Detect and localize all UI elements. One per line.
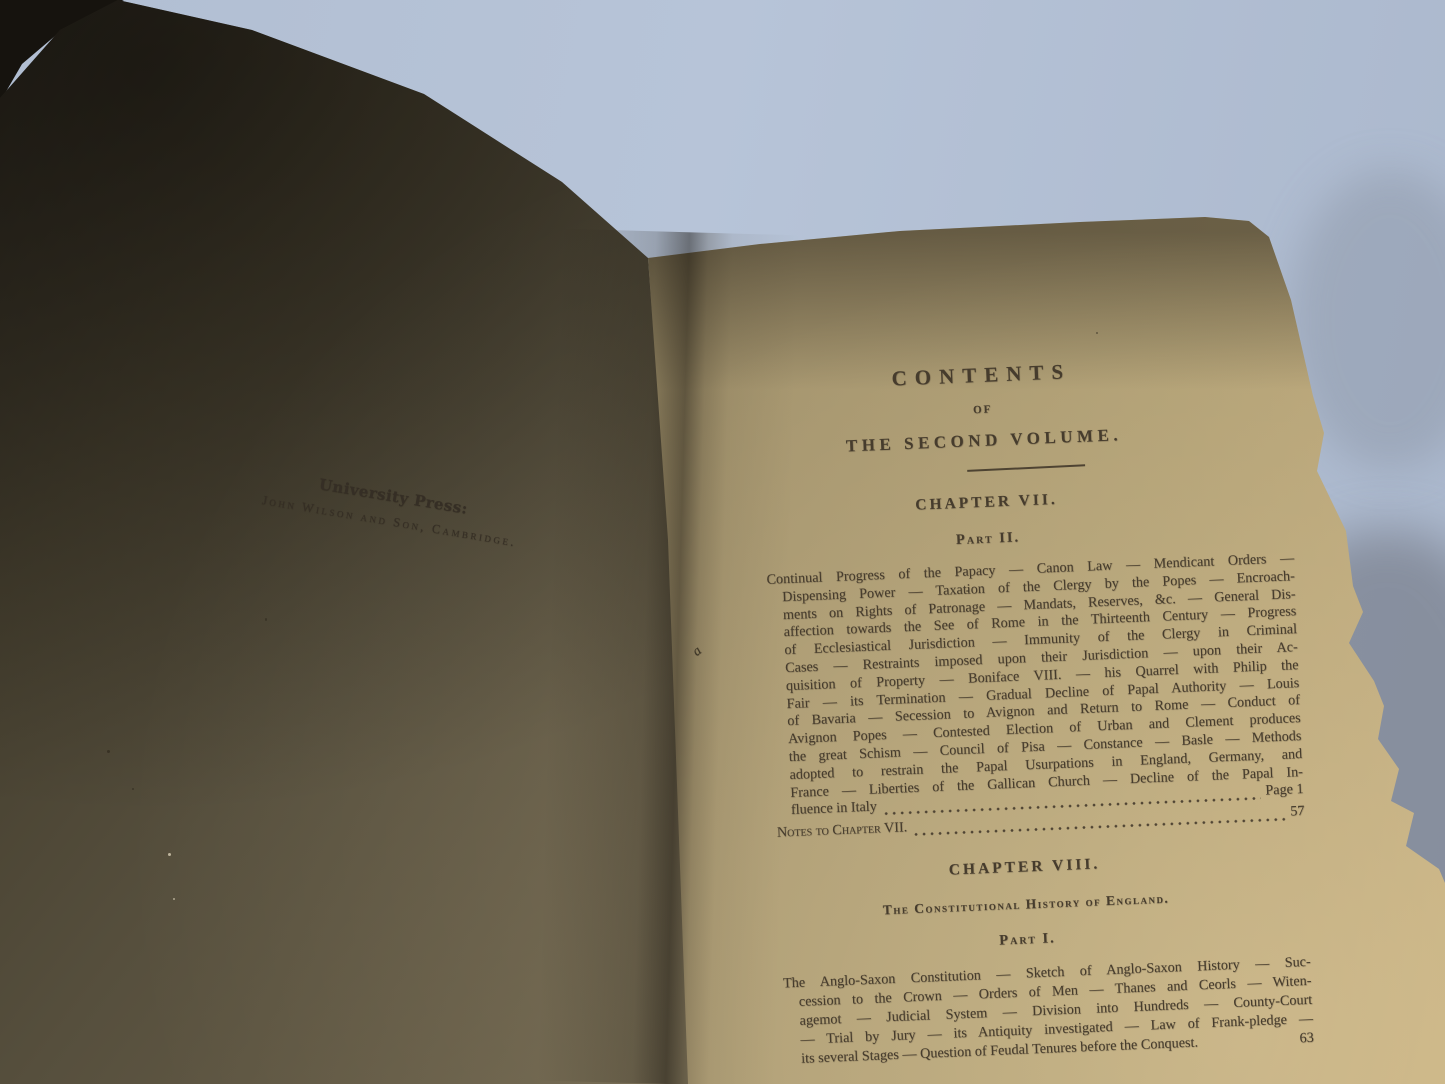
notes-label: Notes to Chapter VII. [777, 819, 908, 842]
chapter-vii-heading: CHAPTER VII. [763, 485, 1209, 521]
volume-title: THE SECOND VOLUME. [761, 422, 1207, 460]
book-photo: University Press: John Wilson and Son, C… [0, 0, 1445, 1084]
contents-of: OF [760, 395, 1206, 425]
page-reference: 63 [1299, 1029, 1314, 1049]
paper-speck [1096, 332, 1098, 334]
chapter-viii-subtitle: The Constitutional History of England. [780, 886, 1272, 922]
chapter-viii-part: Part I. [781, 921, 1273, 958]
chapter-vii-summary: Continual Progress of the Papacy — Canon… [766, 550, 1305, 842]
paper-speck [265, 618, 267, 621]
chapter-viii-heading: CHAPTER VIII. [778, 848, 1270, 886]
paper-speck [107, 750, 110, 753]
paper-speck [132, 788, 134, 790]
divider-rule [967, 464, 1085, 472]
contents-page-text: CONTENTS OF THE SECOND VOLUME. CHAPTER V… [758, 350, 1314, 1069]
summary-line-text: fluence in Italy [791, 799, 878, 820]
paper-speck [966, 590, 969, 592]
notes-page-number: 57 [1290, 803, 1305, 821]
paper-speck [168, 853, 171, 856]
page-reference: Page 1 [1265, 781, 1304, 800]
spacer [1198, 1042, 1300, 1046]
chapter-vii-part: Part II. [765, 522, 1211, 557]
dot-leader [912, 817, 1285, 837]
paper-speck [173, 898, 175, 900]
